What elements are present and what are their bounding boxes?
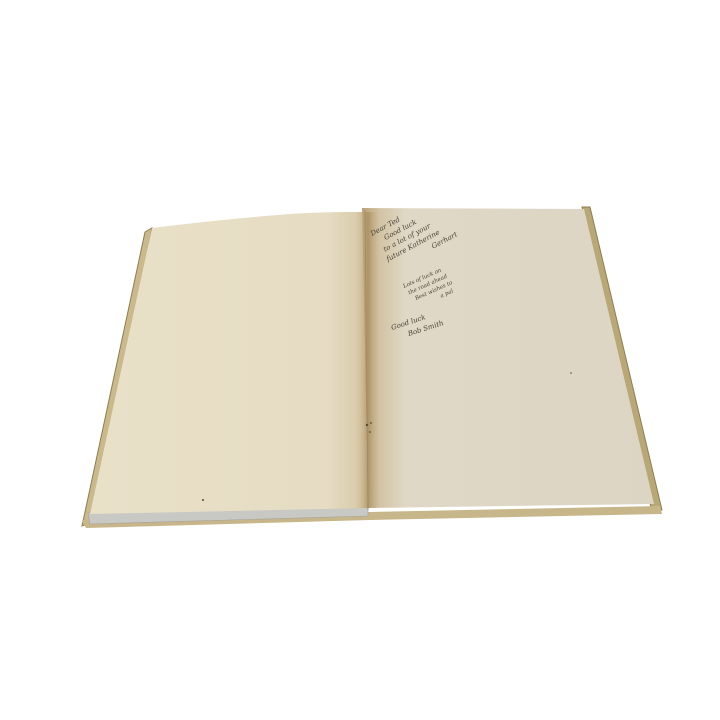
left-page [90,212,368,514]
gutter-stain [354,212,382,508]
book-photo: Dear Ted Good luck to a lot of your futu… [0,0,720,720]
